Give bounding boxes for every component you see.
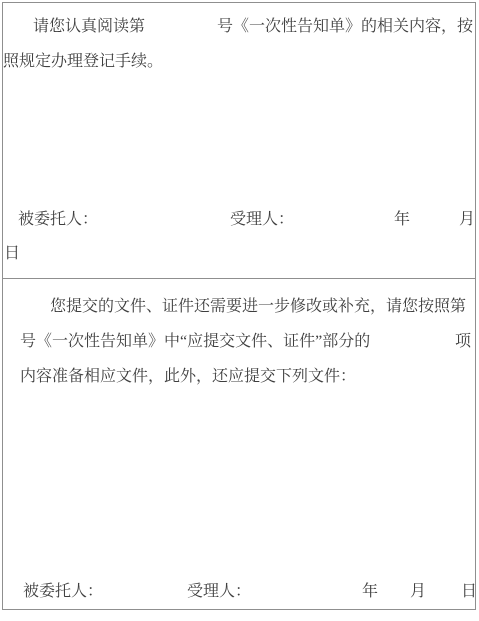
form-table: 请您认真阅读第号《一次性告知单》的相关内容，按 照规定办理登记手续。 被委托人：…: [2, 2, 476, 610]
month-label: 月: [459, 212, 475, 228]
month-label: 月: [410, 584, 426, 600]
supplement-text-line2-prefix: 号《一次性告知单》中“应提交文件、证件”部分的: [20, 324, 370, 359]
trustee-label: 被委托人：: [23, 584, 103, 600]
paragraph-line: 您提交的文件、证件还需要进一步修改或补充，请您按照第: [20, 289, 471, 324]
trustee-label: 被委托人：: [18, 212, 98, 228]
notice-number-blank: [145, 30, 217, 31]
read-notice-text-prefix: 请您认真阅读第: [33, 18, 145, 35]
day-label: 日: [461, 584, 477, 600]
supplement-text-line1: 您提交的文件、证件还需要进一步修改或补充，请您按照第: [50, 298, 466, 315]
section-read-notice: 请您认真阅读第号《一次性告知单》的相关内容，按 照规定办理登记手续。 被委托人：…: [3, 3, 475, 279]
supplement-text-line2-suffix: 项: [455, 324, 471, 359]
acceptor-label: 受理人：: [187, 584, 251, 600]
paragraph-line: 号《一次性告知单》中“应提交文件、证件”部分的 项: [20, 324, 471, 359]
section-supplement-documents: 您提交的文件、证件还需要进一步修改或补充，请您按照第 号《一次性告知单》中“应提…: [3, 279, 475, 609]
paragraph-line: 请您认真阅读第号《一次性告知单》的相关内容，按: [3, 9, 473, 44]
paragraph-line: 照规定办理登记手续。: [3, 44, 473, 79]
form-page: 请您认真阅读第号《一次性告知单》的相关内容，按 照规定办理登记手续。 被委托人：…: [0, 0, 479, 621]
supplement-paragraph: 您提交的文件、证件还需要进一步修改或补充，请您按照第 号《一次性告知单》中“应提…: [20, 289, 471, 394]
acceptor-label: 受理人：: [230, 212, 294, 228]
year-label: 年: [362, 584, 378, 600]
item-count-blank: [370, 345, 455, 346]
day-label: 日: [4, 246, 20, 262]
year-label: 年: [394, 212, 410, 228]
paragraph-line: 内容准备相应文件，此外，还应提交下列文件：: [20, 359, 471, 394]
notice-paragraph: 请您认真阅读第号《一次性告知单》的相关内容，按 照规定办理登记手续。: [3, 9, 473, 79]
read-notice-text-suffix: 号《一次性告知单》的相关内容，按: [217, 18, 473, 35]
supplement-text-line3: 内容准备相应文件，此外，还应提交下列文件：: [20, 368, 356, 385]
read-notice-text-line2: 照规定办理登记手续。: [3, 53, 163, 70]
